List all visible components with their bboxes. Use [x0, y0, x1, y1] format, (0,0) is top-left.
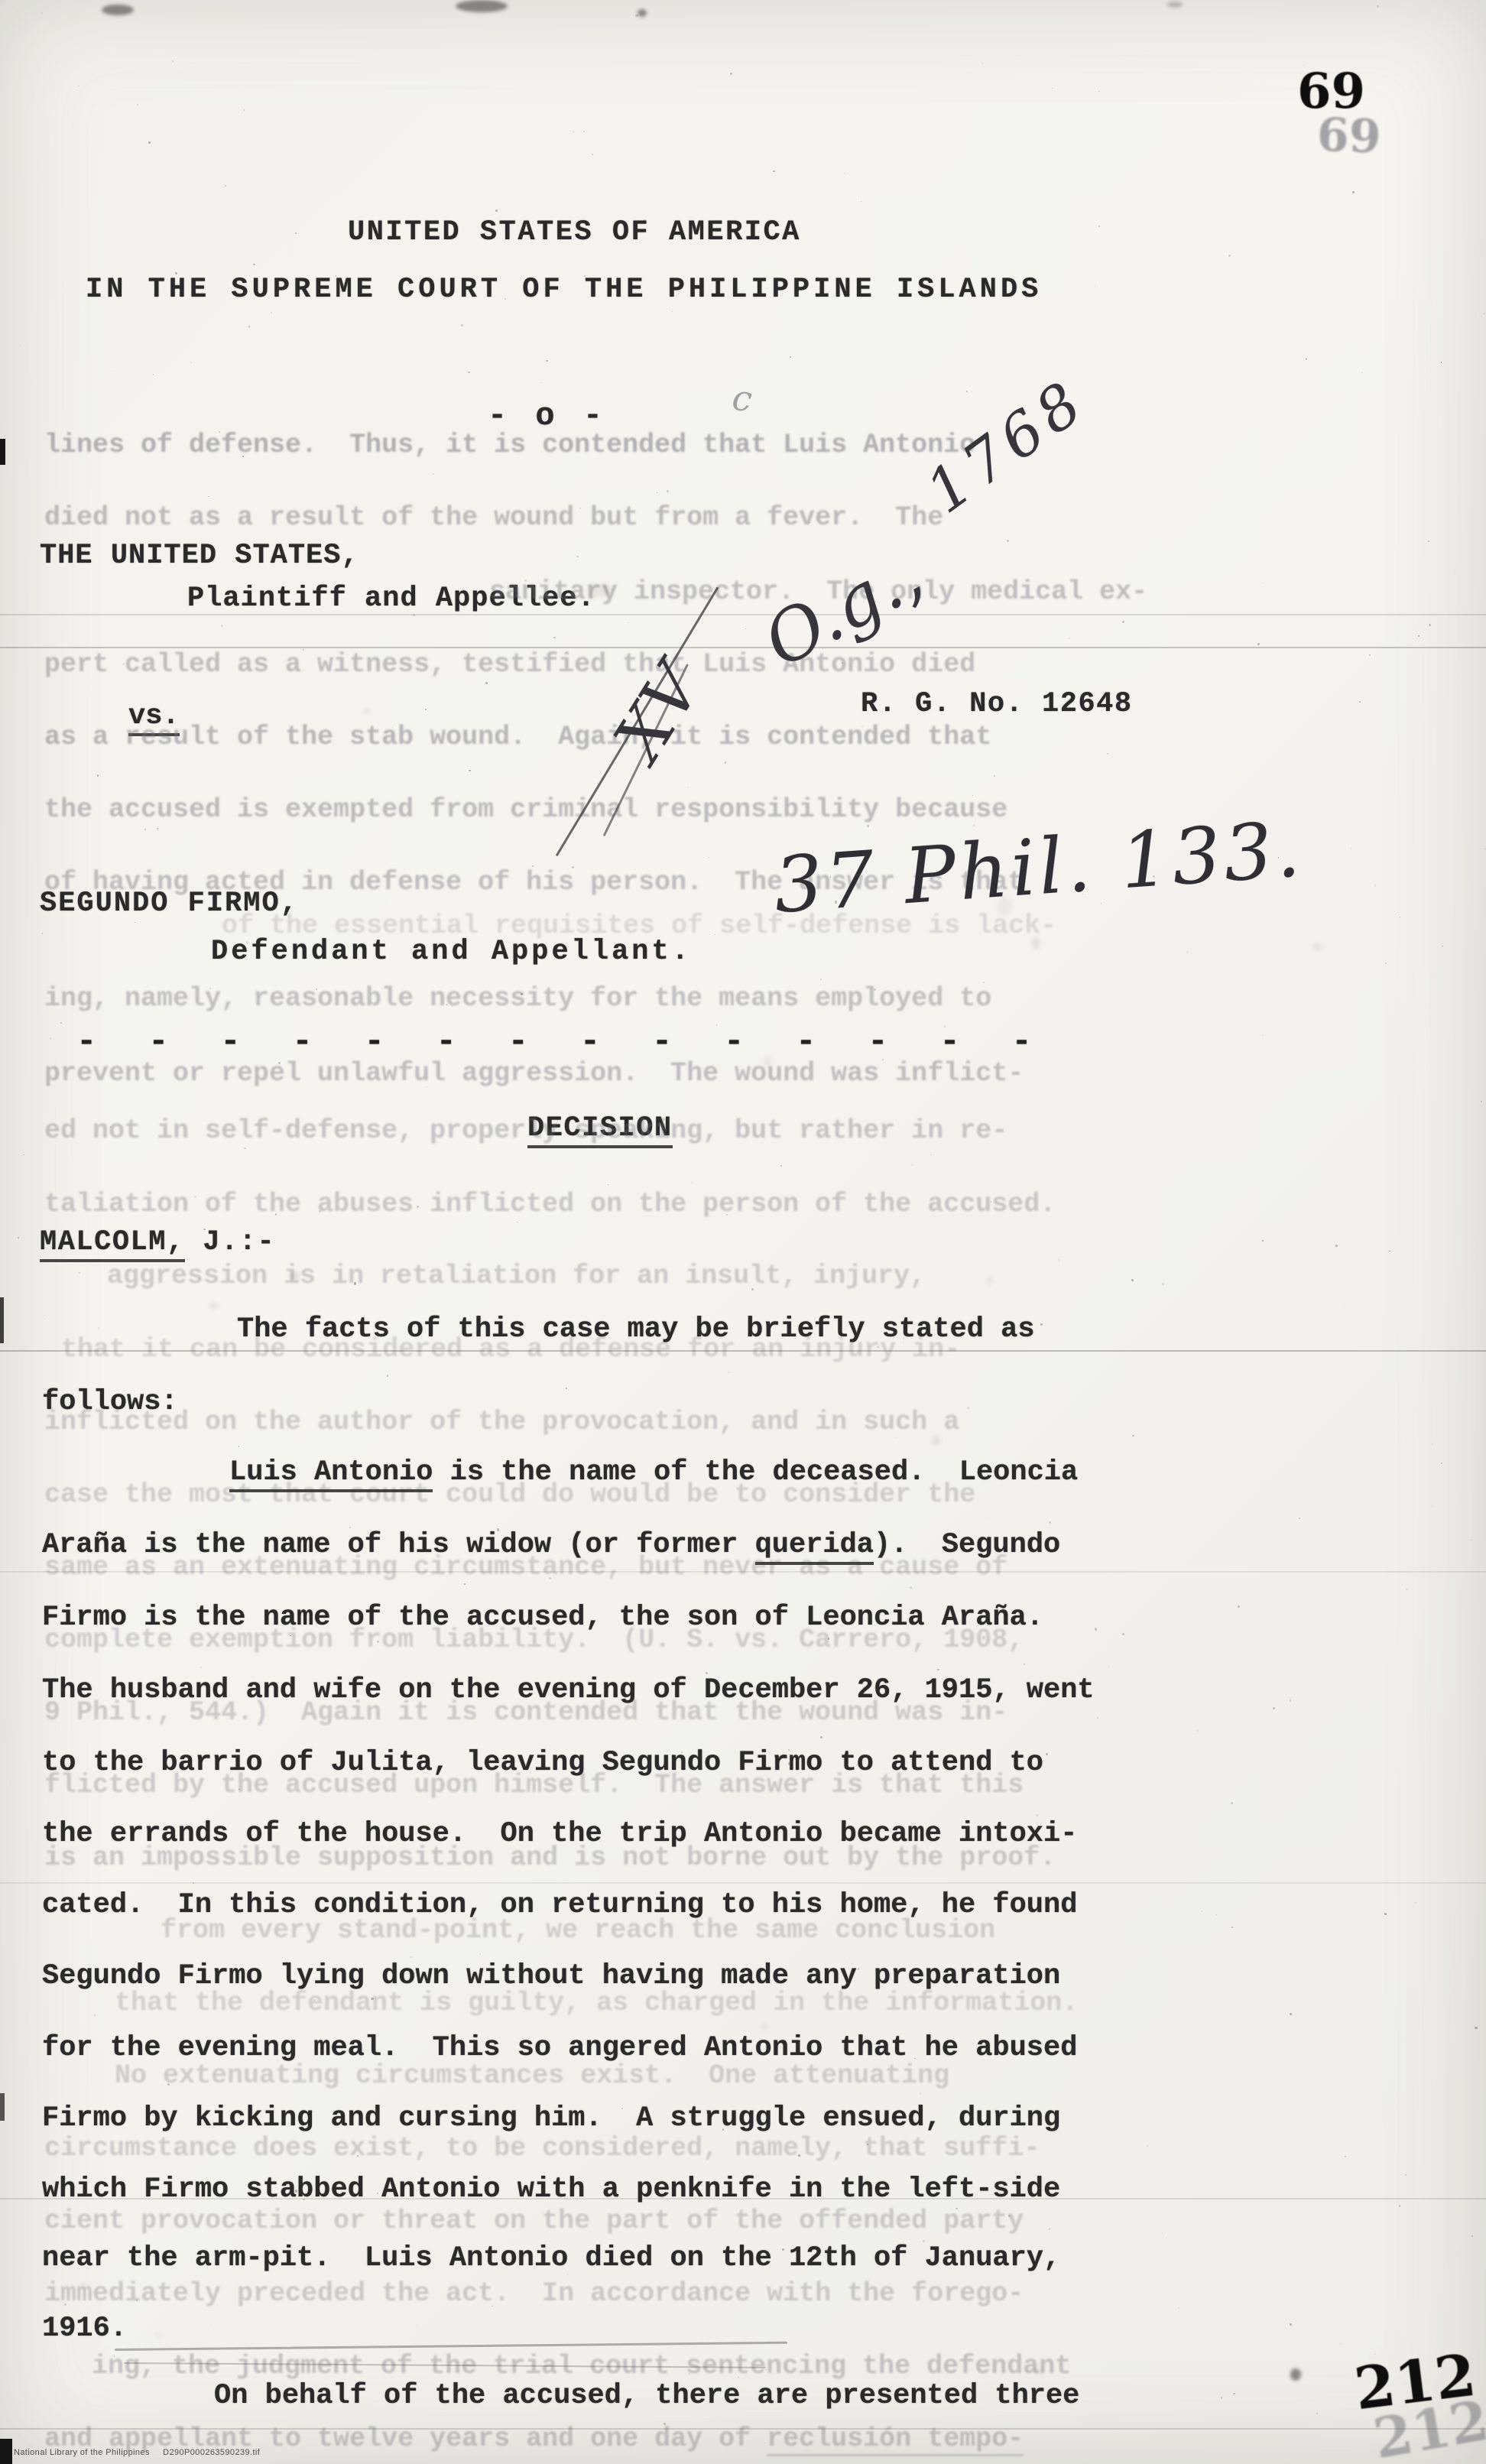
ghost-line: prevent or repel unlawful aggression. Th… [44, 1059, 1024, 1089]
handwritten-citation: 37 Phil. 133. [771, 811, 1305, 924]
typed-line: Segundo Firmo lying down without having … [42, 1960, 1060, 1993]
typed-line: 1916. [42, 2313, 127, 2346]
scan-smudge [102, 5, 134, 15]
ghost-line: as a result of the stab wound. Again, it… [44, 722, 991, 752]
caption-dash-separator: -------------- [76, 1034, 1032, 1050]
separator-dash: - [580, 1034, 600, 1050]
ghost-line: aggression is in retaliation for an insu… [107, 1261, 926, 1291]
bleedthrough-strike-line [115, 2342, 787, 2351]
typed-line: to the barrio of Julita, leaving Segundo… [42, 1747, 1043, 1780]
scan-smudge [1290, 2368, 1301, 2381]
typed-line: The facts of this case may be briefly st… [237, 1313, 1035, 1346]
scan-edge-mark [0, 1297, 4, 1343]
ghost-line: circumstance does exist, to be considere… [44, 2134, 1040, 2164]
ghost-line: inflicted on the author of the provocati… [44, 1407, 959, 1437]
ghost-line: immediately preceded the act. In accorda… [44, 2279, 1024, 2309]
separator-dash: - [796, 1034, 816, 1050]
typed-line: Firmo by kicking and cursing him. A stru… [42, 2102, 1060, 2135]
separator-dash: - [1011, 1034, 1031, 1050]
microfilm-label: National Library of the Philippines D290… [14, 2448, 260, 2457]
scan-edge-mark [0, 2093, 5, 2121]
typed-line: cated. In this condition, on returning t… [42, 1889, 1077, 1922]
ghost-line: cient provocation or threat on the part … [44, 2206, 1024, 2236]
scan-smudge [456, 0, 508, 12]
separator-dash: - [364, 1034, 384, 1050]
separator-dash: - [939, 1034, 959, 1050]
scan-smudge [638, 9, 647, 17]
handwritten-c-mark: c [731, 380, 754, 417]
ghost-line: died not as a result of the wound but fr… [44, 503, 943, 533]
typed-line: Araña is the name of his widow (or forme… [42, 1529, 1060, 1562]
typed-line: for the evening meal. This so angered An… [42, 2032, 1077, 2065]
scan-line-artifact [0, 647, 1486, 648]
page-number-stamp-bottom-ghost: 212 [1370, 2392, 1486, 2464]
scan-smudge [1167, 2, 1183, 8]
ghost-line: No extenuating circumstances exist. One … [115, 2061, 949, 2091]
separator-dash: - [868, 1034, 887, 1050]
judge-line: MALCOLM, J.:- [40, 1226, 275, 1259]
separator-dash: - [436, 1034, 456, 1050]
scan-edge-mark [0, 439, 5, 465]
scanned-court-document-page: 69 69 UNITED STATES OF AMERICA IN THE SU… [0, 0, 1486, 2464]
scan-edge-mark [0, 2439, 12, 2464]
typed-line: near the arm-pit. Luis Antonio died on t… [42, 2242, 1060, 2275]
typed-line: the errands of the house. On the trip An… [42, 1818, 1077, 1851]
ghost-line: ed not in self-defense, properly speakin… [44, 1116, 1007, 1146]
ghost-line: lines of defense. Thus, it is contended … [44, 430, 975, 460]
typed-line: On behalf of the accused, there are pres… [214, 2380, 1079, 2413]
scan-line-artifact [0, 1882, 1486, 1884]
separator-dash: - [508, 1034, 528, 1050]
separator-dash: - [220, 1034, 240, 1050]
separator-dash: - [148, 1034, 168, 1050]
separator-dash: - [76, 1034, 96, 1050]
typed-line: The husband and wife on the evening of D… [42, 1674, 1095, 1707]
separator-dash: - [292, 1034, 312, 1050]
separator-dash: - [652, 1034, 672, 1050]
ghost-line: ing, namely, reasonable necessity for th… [44, 984, 991, 1014]
docket-number: R. G. No. 12648 [861, 688, 1133, 721]
typed-line: Firmo is the name of the accused, the so… [42, 1602, 1043, 1635]
ghost-line: the accused is exempted from criminal re… [44, 795, 1007, 825]
document-title-court: IN THE SUPREME COURT OF THE PHILIPPINE I… [86, 274, 1042, 307]
typed-line: follows: [42, 1386, 178, 1419]
page-number-stamp-top-ghost: 69 [1316, 112, 1382, 161]
separator-dash: - [724, 1034, 744, 1050]
typed-line: Luis Antonio is the name of the deceased… [229, 1456, 1078, 1489]
typed-line: which Firmo stabbed Antonio with a penkn… [42, 2173, 1060, 2206]
plaintiff-name: THE UNITED STATES, [40, 540, 359, 573]
ghost-line: taliation of the abuses inflicted on the… [44, 1190, 1056, 1219]
ghost-line: that the defendant is guilty, as charged… [115, 1988, 1078, 2018]
document-title-country: UNITED STATES OF AMERICA [348, 216, 801, 249]
